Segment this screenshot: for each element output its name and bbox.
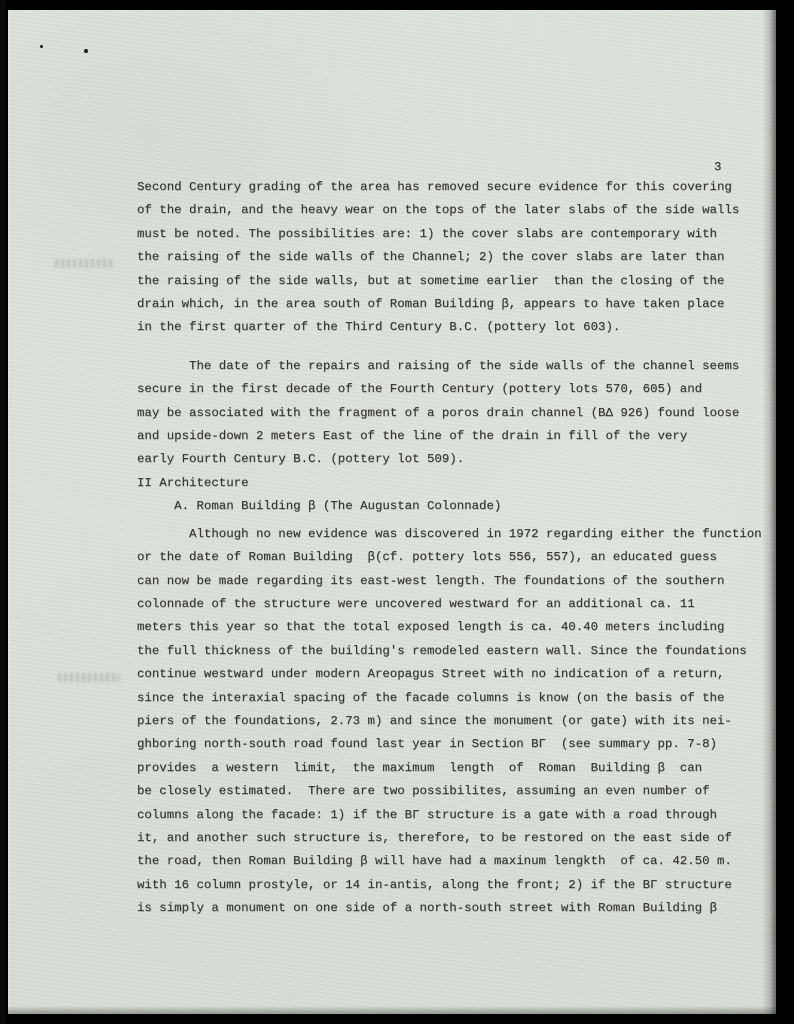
speck-mark (40, 45, 43, 48)
bleedthrough-mark (55, 259, 115, 268)
speck-mark (84, 49, 88, 53)
text-line: provides a western limit, the maximum le… (137, 757, 767, 780)
text-line: must be noted. The possibilities are: 1)… (137, 223, 767, 246)
text-line: The date of the repairs and raising of t… (137, 355, 767, 378)
text-line: columns along the facade: 1) if the BΓ s… (137, 804, 767, 827)
paragraph-repairs-date: The date of the repairs and raising of t… (137, 355, 767, 472)
text-line: piers of the foundations, 2.73 m) and si… (137, 710, 767, 733)
text-line: may be associated with the fragment of a… (137, 402, 767, 425)
text-line: in the first quarter of the Third Centur… (137, 316, 767, 339)
section-heading-architecture: II Architecture (137, 472, 767, 495)
text-line: Second Century grading of the area has r… (137, 176, 767, 199)
text-line: can now be made regarding its east-west … (137, 570, 767, 593)
scanned-page-background: 3 Second Century grading of the area has… (0, 0, 794, 1024)
paragraph-drain-covering: Second Century grading of the area has r… (137, 176, 767, 340)
subsection-heading-roman-building: A. Roman Building β (The Augustan Colonn… (137, 495, 767, 518)
text-line: continue westward under modern Areopagus… (137, 663, 767, 686)
text-line: meters this year so that the total expos… (137, 616, 767, 639)
text-line: the full thickness of the building's rem… (137, 640, 767, 663)
text-line: ghboring north-south road found last yea… (137, 733, 767, 756)
text-line: is simply a monument on one side of a no… (137, 897, 767, 920)
text-line: with 16 column prostyle, or 14 in-antis,… (137, 874, 767, 897)
text-line: the raising of the side walls, but at so… (137, 270, 767, 293)
text-line: since the interaxial spacing of the faca… (137, 687, 767, 710)
paragraph-building-length: Although no new evidence was discovered … (137, 523, 767, 921)
text-line: and upside-down 2 meters East of the lin… (137, 425, 767, 448)
text-line: the raising of the side walls of the Cha… (137, 246, 767, 269)
text-line: it, and another such structure is, there… (137, 827, 767, 850)
text-line: be closely estimated. There are two poss… (137, 780, 767, 803)
text-line: Although no new evidence was discovered … (137, 523, 767, 546)
text-line: A. Roman Building β (The Augustan Colonn… (137, 495, 767, 518)
text-line: colonnade of the structure were uncovere… (137, 593, 767, 616)
page-number: 3 (714, 159, 721, 175)
text-line: drain which, in the area south of Roman … (137, 293, 767, 316)
text-line: or the date of Roman Building β(cf. pott… (137, 546, 767, 569)
text-line: the road, then Roman Building β will hav… (137, 850, 767, 873)
text-line: early Fourth Century B.C. (pottery lot 5… (137, 448, 767, 471)
text-line: of the drain, and the heavy wear on the … (137, 199, 767, 222)
bleedthrough-mark (58, 673, 120, 682)
text-line: secure in the first decade of the Fourth… (137, 378, 767, 401)
document-text: Second Century grading of the area has r… (137, 176, 767, 921)
text-line: II Architecture (137, 472, 767, 495)
document-page: 3 Second Century grading of the area has… (8, 10, 776, 1014)
